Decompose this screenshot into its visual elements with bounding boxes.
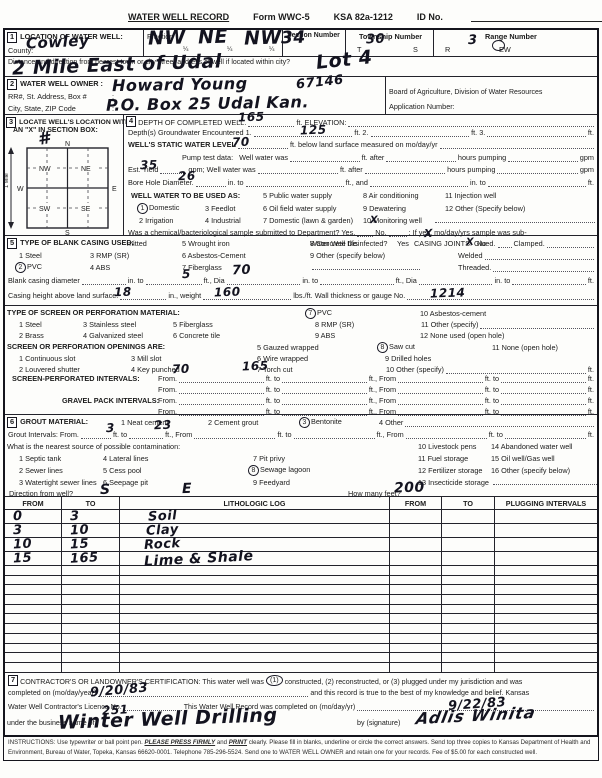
log-header-from2: FROM — [390, 497, 442, 509]
quadrant-sw: SW — [39, 206, 51, 213]
ft-label: ft. — [588, 276, 594, 285]
use-title: WELL WATER TO BE USED AS: — [131, 191, 240, 200]
ft-label: ft. — [588, 396, 594, 405]
dotted-blank — [440, 142, 594, 149]
contam-watertight-sewer: 3 Watertight sewer lines — [19, 478, 97, 487]
screen-none-used: 12 None used (open hole) — [420, 331, 504, 340]
print-emphasis: PRINT — [229, 739, 247, 746]
hours-pumping: hours pumping — [447, 165, 495, 174]
id-blank-line — [471, 13, 602, 22]
screen-rmp: 8 RMP (SR) — [315, 320, 354, 329]
log-row: 0 3 Soil — [5, 510, 597, 524]
ft-label: ft. — [588, 374, 594, 383]
casing-height-label: Casing height above land surface. — [8, 291, 118, 300]
log-header-from: FROM — [5, 497, 62, 509]
dotted-blank — [405, 420, 594, 427]
dotted-blank — [179, 387, 264, 394]
township-handwritten: 30 — [366, 33, 386, 47]
hours-pumping: hours pumping — [458, 153, 506, 162]
dotted-blank — [498, 241, 512, 248]
use-air-conditioning: 8 Air conditioning — [363, 191, 419, 200]
dotted-blank — [371, 130, 470, 137]
casing-rmp: 3 RMP (SR) — [90, 251, 129, 260]
screen-from-handwritten: 70 — [172, 363, 190, 376]
ft-to: ft. to — [266, 374, 280, 383]
section-1-number: 1 — [7, 32, 17, 43]
log-header-plugging: PLUGGING INTERVALS — [495, 497, 597, 509]
range-label: Range Number — [485, 32, 537, 41]
use-feedlot: 3 Feedlot — [205, 204, 235, 213]
openings-mill-slot: 3 Mill slot — [131, 354, 161, 363]
casing-asbestos-cement: 6 Asbestos-Cement — [182, 251, 246, 260]
section-2-title: WATER WELL OWNER : — [20, 79, 103, 88]
divider — [433, 30, 434, 56]
ft-to: ft. to — [266, 396, 280, 405]
use-injection-well: 11 Injection well — [445, 191, 496, 200]
fraction-3-handwritten: NW — [244, 28, 282, 48]
ft-label: ft. — [588, 385, 594, 394]
dotted-blank — [501, 387, 586, 394]
dotted-blank — [282, 387, 367, 394]
bore-diameter-handwritten: 26 — [178, 170, 196, 183]
fraction-1-handwritten: NW — [148, 28, 186, 48]
in-to: in. to — [494, 276, 510, 285]
log-empty-row — [5, 624, 597, 634]
use-dewatering: 9 Dewatering — [363, 204, 406, 213]
direction-s-handwritten: S — [100, 483, 111, 497]
screen-openings-section: SCREEN OR PERFORATION OPENINGS ARE: 5 Ga… — [5, 341, 597, 371]
city-label: City, State, ZIP Code — [8, 104, 76, 113]
well-water-was: Well water was — [207, 165, 256, 174]
log-to-value: 3 — [70, 510, 80, 523]
screen-abs: 9 ABS — [315, 331, 335, 340]
form-header: WATER WELL RECORD Form WWC-5 KSA 82a-121… — [128, 12, 602, 22]
casing-weight-handwritten: 160 — [214, 286, 241, 299]
depth-label: DEPTH OF COMPLETED WELL. — [138, 118, 246, 127]
dotted-blank — [480, 322, 594, 329]
instructions-text: and — [217, 739, 227, 746]
pump-test-label: Pump test data: — [182, 153, 233, 162]
screen-material-title: TYPE OF SCREEN OR PERFORATION MATERIAL: — [7, 308, 180, 317]
dotted-blank — [246, 180, 344, 187]
dotted-blank — [493, 478, 597, 485]
dotted-blank — [435, 216, 595, 223]
screen-galvanized: 4 Galvanized steel — [83, 331, 143, 340]
section-number-handwritten: 34 — [281, 30, 306, 48]
in-to: in. to — [302, 276, 318, 285]
section-3-subtitle: AN "X" IN SECTION BOX: — [13, 127, 98, 134]
compass-north: N — [65, 141, 70, 148]
grout-to-handwritten: 23 — [154, 419, 172, 432]
section-5-title: TYPE OF BLANK CASING USED: — [20, 238, 134, 247]
dotted-blank — [419, 278, 493, 285]
feet-handwritten: 200 — [394, 480, 425, 495]
in-weight-label: in., weight — [168, 291, 201, 300]
screen-fiberglass: 5 Fiberglass — [173, 320, 213, 329]
dotted-blank — [129, 432, 163, 439]
compass-south: S — [65, 230, 70, 235]
groundwater-handwritten: 125 — [300, 124, 327, 137]
depth-handwritten: 165 — [238, 111, 265, 124]
well-water-was: Well water was — [239, 153, 288, 162]
contam-pit-privy: 7 Pit privy — [253, 454, 285, 463]
log-from-value: 0 — [13, 510, 23, 523]
ft-to: ft. to — [266, 385, 280, 394]
grout-cement-grout: 2 Cement grout — [208, 418, 258, 427]
ft-from: ft., From — [369, 374, 396, 383]
groundwater-label: Depth(s) Groundwater Encountered — [128, 128, 244, 137]
range-r: R — [445, 45, 450, 54]
dotted-blank — [282, 398, 367, 405]
dotted-blank — [258, 167, 338, 174]
contam-sewer-lines: 2 Sewer lines — [19, 466, 63, 475]
casing-joints-welded: Welded — [458, 251, 483, 260]
in-to: in. to — [228, 178, 244, 187]
ft-to: ft. to — [485, 374, 499, 383]
dotted-blank — [406, 432, 487, 439]
section-6-title: GROUT MATERIAL: — [20, 417, 88, 426]
log-to-value: 15 — [70, 538, 90, 552]
from-label: From. — [158, 396, 177, 405]
use-public-water: 5 Public water supply — [263, 191, 332, 200]
ft-to: ft. to — [277, 430, 291, 439]
contam-feedyard: 9 Feedyard — [253, 478, 290, 487]
dotted-blank — [146, 278, 202, 285]
log-empty-row — [5, 663, 597, 673]
section-4-number: 4 — [126, 116, 136, 127]
dotted-blank — [386, 155, 456, 162]
certification-text-b: constructed, (2) reconstructed, or (3) p… — [285, 678, 523, 686]
contam-lateral-lines: 4 Lateral lines — [103, 454, 148, 463]
instructions-text: INSTRUCTIONS: Use typewriter or ball poi… — [8, 739, 143, 746]
township-s: S — [413, 45, 418, 54]
gauge-handwritten: 1214 — [430, 286, 466, 299]
statute-number: KSA 82a-1212 — [334, 12, 393, 22]
section-5-casing: 5TYPE OF BLANK CASING USED: 5 Wrought ir… — [5, 236, 597, 306]
dotted-blank — [320, 278, 394, 285]
dotted-blank — [547, 241, 594, 248]
dotted-blank — [485, 253, 594, 260]
lithologic-log-table: FROM TO LITHOLOGIC LOG FROM TO PLUGGING … — [5, 497, 597, 673]
log-header-to: TO — [62, 497, 120, 509]
dotted-blank — [82, 278, 126, 285]
quadrant-nw: NW — [39, 166, 51, 173]
static-level-label: WELL'S STATIC WATER LEVEL — [128, 140, 236, 149]
ft-to: ft. to — [489, 430, 503, 439]
screen-stainless: 3 Stainless steel — [83, 320, 136, 329]
dotted-blank — [398, 387, 483, 394]
section-box-diagram: NW NE SW SE N S W E 1 Mile — [5, 135, 123, 235]
casing-steel: 1 Steel — [19, 251, 42, 260]
screen-steel: 1 Steel — [19, 320, 42, 329]
contam-cess-pool: 5 Cess pool — [103, 466, 142, 475]
dotted-blank — [512, 278, 586, 285]
one-mile-label: 1 Mile — [5, 173, 10, 188]
est-yield-handwritten: 35 — [140, 159, 158, 172]
agency-line: Board of Agriculture, Division of Water … — [389, 89, 542, 96]
dotted-blank — [179, 376, 264, 383]
log-empty-row — [5, 614, 597, 624]
section-7-number: 7 — [8, 675, 18, 686]
grout-intervals-label: Grout Intervals: — [8, 430, 58, 439]
dotted-blank — [179, 398, 264, 405]
screen-to-handwritten: 165 — [242, 360, 269, 373]
log-empty-row — [5, 644, 597, 654]
casing-pvc-circled-number: 2 — [15, 262, 27, 274]
log-empty-row — [5, 576, 597, 586]
dotted-blank — [501, 376, 586, 383]
screen-other: 11 Other (specify) — [421, 320, 478, 329]
log-empty-row — [5, 634, 597, 644]
groundwater-3: ft. 3. — [471, 128, 485, 137]
instructions-footer: INSTRUCTIONS: Use typewriter or ball poi… — [3, 737, 599, 761]
gpm-label: gpm — [580, 165, 594, 174]
grout-bentonite: Bentonite — [311, 417, 342, 426]
log-from-value: 15 — [13, 552, 33, 566]
log-from-value: 3 — [13, 524, 23, 537]
in-to: in. to — [470, 178, 486, 187]
gpm-label: gpm — [580, 153, 594, 162]
instructions-line-1: INSTRUCTIONS: Use typewriter or ball poi… — [8, 738, 594, 748]
gauge-label: lbs./ft. Wall thickness or gauge No. — [293, 291, 405, 300]
openings-none: 11 None (open hole) — [492, 343, 558, 352]
contamination-title: What is the nearest source of possible c… — [7, 442, 180, 451]
ft-from: ft., From — [369, 396, 396, 405]
constructed-circled-mark: (1) — [266, 675, 283, 687]
direction-e-handwritten: E — [182, 482, 193, 496]
log-row: 3 10 Clay — [5, 524, 597, 538]
ft-and: ft., and — [346, 178, 368, 187]
range-handwritten: 3 — [468, 34, 478, 47]
casing-pvc: PVC — [27, 262, 42, 271]
dotted-blank — [365, 167, 445, 174]
use-domestic: Domestic — [149, 203, 179, 212]
screen-brass: 2 Brass — [19, 331, 44, 340]
use-domestic-circled-number: 1 — [137, 203, 149, 215]
groundwater-2: ft. 2. — [354, 128, 368, 137]
county-handwritten: Cowley — [26, 33, 90, 51]
contam-fertilizer: 12 Fertilizer storage — [418, 466, 482, 475]
contam-abandoned-well: 14 Abandoned water well — [491, 442, 573, 451]
casing-concrete-tile: 8 Concrete tile — [310, 239, 357, 248]
ft-after: ft. after — [362, 153, 385, 162]
log-row: 15 165 Lime & Shale — [5, 552, 597, 566]
casing-diameter-handwritten: 5 — [182, 268, 191, 280]
contam-fuel-storage: 11 Fuel storage — [418, 454, 468, 463]
form-number: Form WWC-5 — [253, 12, 310, 22]
completed-on-label: completed on (mo/day/year) — [8, 689, 96, 697]
log-to-value: 165 — [70, 551, 99, 565]
dotted-blank — [488, 180, 586, 187]
section-5-number: 5 — [7, 238, 17, 249]
use-other: 12 Other (Specify below) — [445, 204, 525, 213]
contam-septic-tank: 1 Septic tank — [19, 454, 61, 463]
glued-x-handwritten: X — [466, 238, 475, 248]
address-label: RR#, St. Address, Box # — [8, 92, 87, 101]
log-empty-row — [5, 605, 597, 615]
casing-joints-threaded: Threaded. — [458, 263, 491, 272]
address-handwritten: P.O. Box 25 Udal Kan. — [106, 94, 309, 114]
dotted-blank — [493, 265, 594, 272]
log-from-value: 10 — [13, 538, 33, 552]
casing-height-handwritten: 18 — [114, 286, 132, 299]
dotted-blank — [196, 180, 226, 187]
dotted-blank — [398, 398, 483, 405]
use-irrigation: 2 Irrigation — [139, 216, 173, 225]
dotted-blank — [370, 180, 468, 187]
contam-sewage-lagoon-circled-number: 8 — [248, 465, 260, 477]
intervals-section: SCREEN-PERFORATED INTERVALS: From. ft. t… — [5, 371, 597, 415]
dotted-blank — [312, 263, 420, 270]
dotted-blank — [290, 155, 360, 162]
openings-saw-cut-circled-number: 8 — [377, 342, 389, 354]
dotted-blank — [508, 155, 578, 162]
ft-from: ft., From — [369, 385, 396, 394]
range-east-circle-mark — [492, 40, 505, 51]
form-title: WATER WELL RECORD — [128, 12, 229, 22]
openings-title: SCREEN OR PERFORATION OPENINGS ARE: — [7, 342, 165, 351]
compass-east: E — [112, 186, 117, 193]
dotted-blank — [497, 167, 577, 174]
owner-handwritten: Howard Young — [112, 76, 248, 94]
signature-label: by (signature) — [357, 719, 400, 727]
static-level-suffix: ft. below land surface measured on mo/da… — [290, 140, 438, 149]
casing-to-handwritten: 70 — [232, 264, 252, 278]
ft-after: ft. after — [340, 165, 363, 174]
instructions-line-2: Environment, Bureau of Water, Topeka, Ka… — [8, 748, 594, 758]
ft-from: ft., From — [377, 430, 404, 439]
use-domestic-lawn: 7 Domestic (lawn & garden) — [263, 216, 353, 225]
contam-oil-well: 15 Oil well/Gas well — [491, 454, 555, 463]
use-oil-field: 6 Oil field water supply — [263, 204, 336, 213]
dotted-blank — [348, 120, 594, 127]
log-empty-row — [5, 585, 597, 595]
gravel-intervals-label: GRAVEL PACK INTERVALS: — [12, 396, 156, 405]
openings-continuous-slot: 1 Continuous slot — [19, 354, 75, 363]
screen-concrete-tile: 6 Concrete tile — [173, 331, 220, 340]
divider — [123, 115, 124, 235]
divider — [385, 77, 386, 114]
log-empty-row — [5, 566, 597, 576]
screen-pvc-circled-number: 7 — [305, 308, 317, 320]
grout-bentonite-circled-number: 3 — [299, 417, 311, 429]
openings-drilled-holes: 9 Drilled holes — [385, 354, 431, 363]
screen-material-section: TYPE OF SCREEN OR PERFORATION MATERIAL: … — [5, 306, 597, 341]
log-empty-row — [5, 653, 597, 663]
screen-intervals-label: SCREEN-PERFORATED INTERVALS: — [12, 374, 156, 383]
in-to: in. to — [128, 276, 144, 285]
sample-no-x-handwritten: X — [370, 216, 379, 226]
quadrant-se: SE — [81, 206, 91, 213]
ft-to: ft. to — [485, 396, 499, 405]
ft-label: ft. — [588, 178, 594, 187]
quadrant-ne: NE — [81, 166, 91, 173]
ft-to: ft. to — [485, 385, 499, 394]
from-label: From. — [158, 385, 177, 394]
section-6-grout: 6GROUT MATERIAL: 1 Neat cement 2 Cement … — [5, 415, 597, 497]
grout-from-handwritten: 3 — [106, 422, 115, 434]
contam-insecticide: 13 Insecticide storage — [418, 478, 489, 487]
ft-dia: ft., Dia — [204, 276, 225, 285]
blank-casing-diameter-label: Blank casing diameter — [8, 276, 80, 285]
dotted-blank — [398, 376, 483, 383]
log-empty-row — [5, 595, 597, 605]
dotted-blank — [487, 130, 586, 137]
id-label: ID No. — [417, 12, 443, 22]
instructions-text: clearly. Please fill in blanks, underlin… — [249, 739, 591, 746]
ft-dia: ft., Dia — [396, 276, 417, 285]
use-industrial: 4 Industrial — [205, 216, 241, 225]
water-well-record-scan: WATER WELL RECORD Form WWC-5 KSA 82a-121… — [0, 0, 602, 778]
dotted-blank — [294, 432, 375, 439]
log-header-lithologic: LITHOLOGIC LOG — [120, 497, 390, 509]
casing-abs: 4 ABS — [90, 263, 110, 272]
casing-other: 9 Other (specify below) — [310, 251, 385, 260]
compass-west: W — [17, 186, 24, 193]
screen-pvc: PVC — [317, 308, 332, 317]
dotted-blank — [194, 432, 275, 439]
fraction-2-handwritten: NE — [198, 27, 229, 47]
contam-other: 16 Other (specify below) — [491, 466, 570, 475]
disinfected-x-handwritten: X — [424, 228, 433, 239]
dotted-blank — [501, 398, 586, 405]
casing-joints-glued-label: CASING JOINTS: Glued. — [414, 239, 496, 248]
from-label: From. — [60, 430, 79, 439]
dotted-blank — [505, 432, 586, 439]
log-to-value: 10 — [70, 524, 90, 538]
log-desc-value: Rock — [144, 537, 181, 552]
casing-wrought-iron: 5 Wrought iron — [182, 239, 230, 248]
openings-saw-cut: Saw cut — [389, 342, 415, 351]
openings-gauzed: 5 Gauzed wrapped — [257, 343, 319, 352]
ft-label: ft. — [588, 430, 594, 439]
static-level-handwritten: 70 — [232, 136, 250, 149]
log-header-to2: TO — [442, 497, 495, 509]
press-firmly-emphasis: PLEASE PRESS FIRMLY — [145, 739, 216, 746]
section-3-title: LOCATE WELL'S LOCATION WITH — [19, 119, 130, 126]
ft-label: ft. — [588, 128, 594, 137]
dotted-blank — [282, 376, 367, 383]
screen-asbestos-cement: 10 Asbestos-cement — [420, 309, 486, 318]
grout-other: 4 Other — [379, 418, 403, 427]
casing-joints-clamped: Clamped. — [514, 239, 545, 248]
contam-livestock: 10 Livestock pens — [418, 442, 476, 451]
log-header-row: FROM TO LITHOLOGIC LOG FROM TO PLUGGING … — [5, 497, 597, 510]
section-2-number: 2 — [7, 79, 17, 90]
contam-sewage-lagoon: Sewage lagoon — [260, 465, 310, 474]
application-number-label: Application Number: — [389, 102, 455, 111]
section-6-number: 6 — [7, 417, 17, 428]
